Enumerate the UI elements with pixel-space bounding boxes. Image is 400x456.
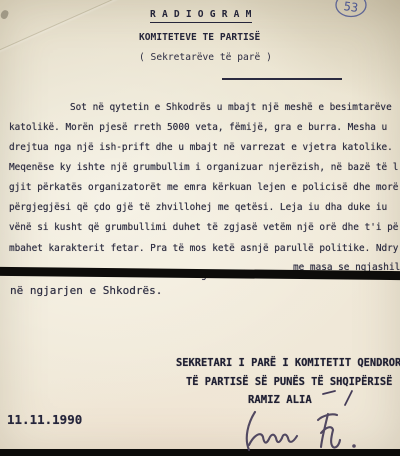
- body-line-3: drejtua nga një ish-prift dhe u mbajt në…: [9, 142, 393, 154]
- body-line-5: gjit përkatës organizatorët me emra kërk…: [9, 182, 398, 194]
- header-rule: [222, 78, 342, 80]
- signature-title-line-2: TË PARTISË SË PUNËS TË SHQIPËRISË: [186, 376, 392, 388]
- body-line-6: përgjegjësi që çdo gjë të zhvillohej me …: [9, 202, 387, 214]
- closing-line: në ngjarjen e Shkodrës.: [10, 284, 162, 297]
- body-line-8: mbahet karakterit fetar. Pra të mos ketë…: [9, 243, 398, 255]
- edge-smudge: [0, 9, 9, 20]
- circle-annotation-icon: 53: [330, 0, 376, 20]
- body-line-1: Sot në qytetin e Shkodrës u mbajt një me…: [70, 102, 392, 114]
- circled-page-number: 53: [330, 0, 376, 20]
- signature-scribble-icon: [238, 405, 363, 455]
- document-title: R A D I O G R A M: [150, 9, 252, 23]
- body-line-2: katolikë. Morën pjesë rreth 5000 veta, f…: [9, 122, 387, 134]
- document-photo: 53 R A D I O G R A M KOMITETEVE TE PARTI…: [0, 0, 400, 456]
- body-line-4: Meqenëse ky ishte një grumbullim i organ…: [9, 162, 398, 174]
- paper-crease: [0, 0, 152, 56]
- addressee-line: KOMITETEVE TE PARTISË: [139, 32, 260, 43]
- body-line-7: vënë si kusht që grumbullimi duhet të zg…: [9, 222, 398, 234]
- document-date: 11.11.1990: [7, 412, 82, 427]
- addressee-detail-line: ( Sekretarëve të parë ): [139, 52, 272, 63]
- handwritten-signature: [238, 405, 363, 455]
- svg-text:53: 53: [343, 0, 359, 15]
- signature-title-line-1: SEKRETARI I PARË I KOMITETIT QENDROR: [176, 357, 400, 369]
